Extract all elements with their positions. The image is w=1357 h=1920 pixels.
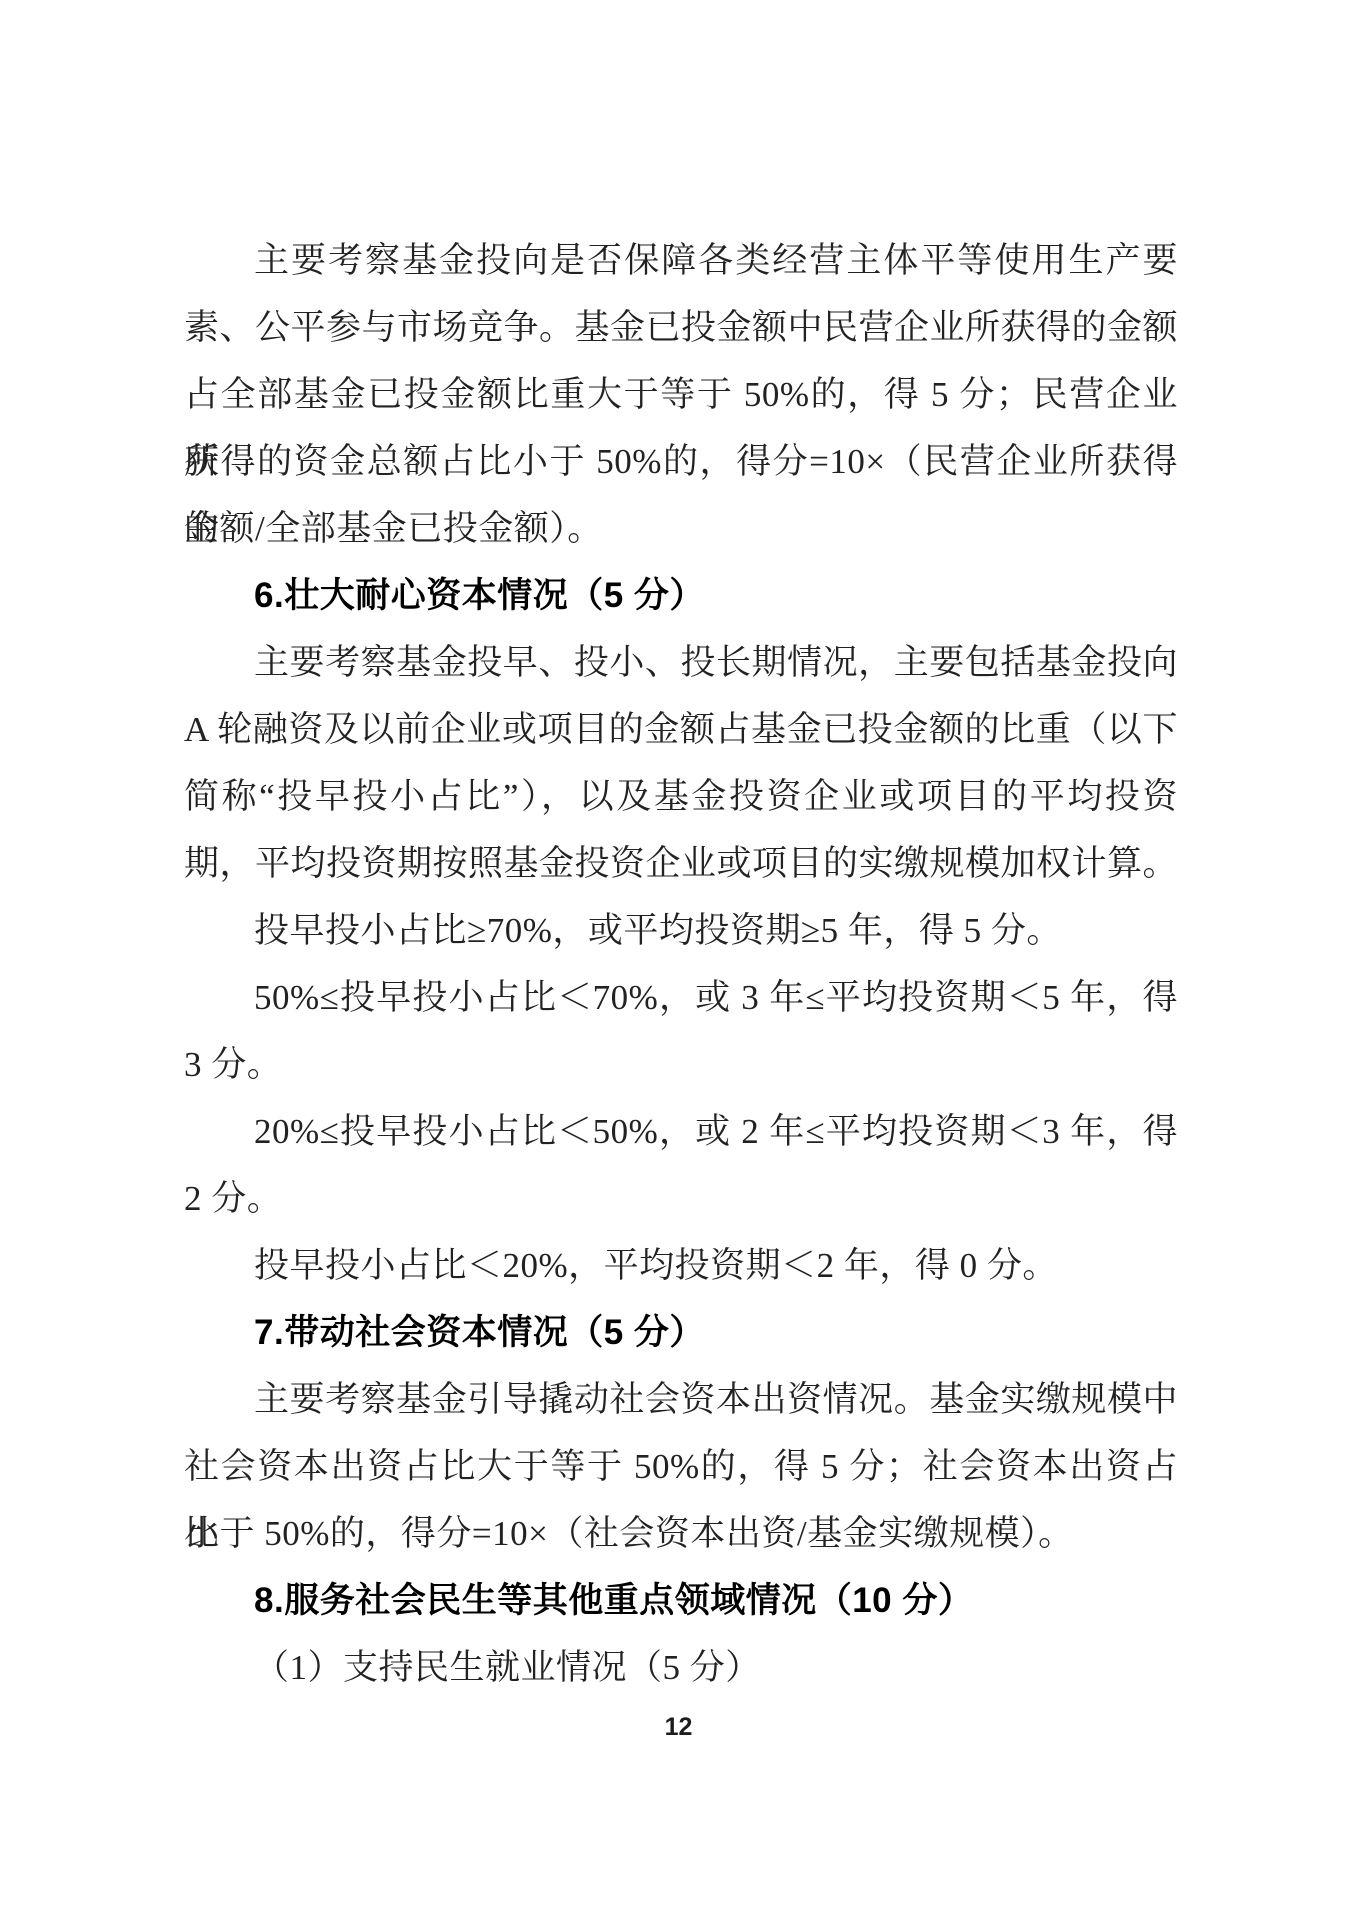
text-line: 主要考察基金引导撬动社会资本出资情况。基金实缴规模中 (184, 1366, 1178, 1433)
section-heading: 7.带动社会资本情况（5 分） (184, 1299, 1178, 1366)
paragraph: 50%≤投早投小占比＜70%，或 3 年≤平均投资期＜5 年，得3 分。 (184, 964, 1178, 1098)
text-line: 占全部基金已投金额比重大于等于 50%的，得 5 分；民营企业所 (184, 361, 1178, 428)
paragraph: 20%≤投早投小占比＜50%，或 2 年≤平均投资期＜3 年，得2 分。 (184, 1098, 1178, 1232)
text-line: 素、公平参与市场竞争。基金已投金额中民营企业所获得的金额 (184, 294, 1178, 361)
text-line: 主要考察基金投早、投小、投长期情况，主要包括基金投向 (184, 629, 1178, 696)
text-line: 小于 50%的，得分=10×（社会资本出资/基金实缴规模）。 (184, 1500, 1178, 1567)
text-line: 社会资本出资占比大于等于 50%的，得 5 分；社会资本出资占比 (184, 1433, 1178, 1500)
text-line: 获得的资金总额占比小于 50%的，得分=10×（民营企业所获得的 (184, 428, 1178, 495)
text-line: 期，平均投资期按照基金投资企业或项目的实缴规模加权计算。 (184, 830, 1178, 897)
text-line: 6.壮大耐心资本情况（5 分） (184, 562, 1178, 629)
text-line: （1）支持民生就业情况（5 分） (184, 1634, 1178, 1701)
page-number: 12 (665, 1713, 693, 1741)
paragraph: 主要考察基金投向是否保障各类经营主体平等使用生产要素、公平参与市场竞争。基金已投… (184, 227, 1178, 562)
paragraph: 投早投小占比＜20%，平均投资期＜2 年，得 0 分。 (184, 1232, 1178, 1299)
paragraph: （1）支持民生就业情况（5 分） (184, 1634, 1178, 1701)
text-line: 3 分。 (184, 1031, 1178, 1098)
paragraph: 主要考察基金投早、投小、投长期情况，主要包括基金投向A 轮融资及以前企业或项目的… (184, 629, 1178, 897)
paragraph: 投早投小占比≥70%，或平均投资期≥5 年，得 5 分。 (184, 897, 1178, 964)
text-line: 7.带动社会资本情况（5 分） (184, 1299, 1178, 1366)
text-line: 投早投小占比≥70%，或平均投资期≥5 年，得 5 分。 (184, 897, 1178, 964)
text-line: 20%≤投早投小占比＜50%，或 2 年≤平均投资期＜3 年，得 (184, 1098, 1178, 1165)
section-heading: 8.服务社会民生等其他重点领域情况（10 分） (184, 1567, 1178, 1634)
text-line: 简称“投早投小占比”），以及基金投资企业或项目的平均投资 (184, 763, 1178, 830)
document-text: 主要考察基金投向是否保障各类经营主体平等使用生产要素、公平参与市场竞争。基金已投… (184, 227, 1178, 1701)
paragraph: 主要考察基金引导撬动社会资本出资情况。基金实缴规模中社会资本出资占比大于等于 5… (184, 1366, 1178, 1567)
text-line: 投早投小占比＜20%，平均投资期＜2 年，得 0 分。 (184, 1232, 1178, 1299)
document-page: 主要考察基金投向是否保障各类经营主体平等使用生产要素、公平参与市场竞争。基金已投… (0, 0, 1357, 1920)
text-line: 8.服务社会民生等其他重点领域情况（10 分） (184, 1567, 1178, 1634)
text-line: 2 分。 (184, 1165, 1178, 1232)
text-line: 金额/全部基金已投金额）。 (184, 495, 1178, 562)
text-line: 主要考察基金投向是否保障各类经营主体平等使用生产要 (184, 227, 1178, 294)
text-line: 50%≤投早投小占比＜70%，或 3 年≤平均投资期＜5 年，得 (184, 964, 1178, 1031)
page-footer: 12 (0, 1712, 1357, 1742)
text-line: A 轮融资及以前企业或项目的金额占基金已投金额的比重（以下 (184, 696, 1178, 763)
section-heading: 6.壮大耐心资本情况（5 分） (184, 562, 1178, 629)
